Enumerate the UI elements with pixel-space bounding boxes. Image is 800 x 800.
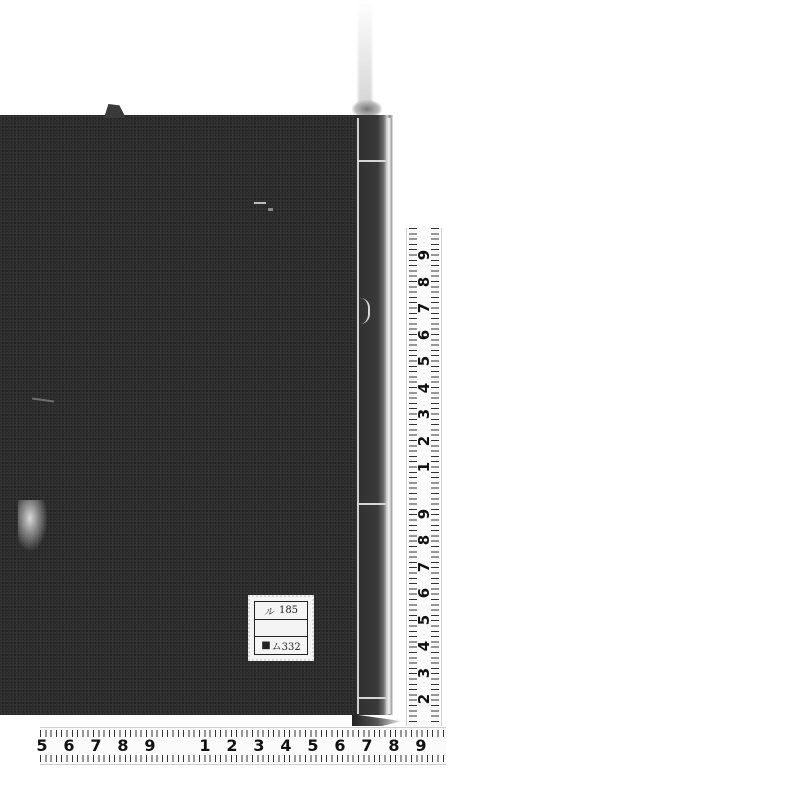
book-scan: ル 185 ■ ム332 98765432198765432 567891234… — [0, 0, 800, 800]
worn-spot — [18, 500, 48, 552]
ruler-number: 9 — [416, 247, 432, 263]
ruler-number: 8 — [416, 532, 432, 548]
label-mark: ル — [264, 603, 274, 618]
ruler-number: 8 — [416, 274, 432, 290]
ruler-number: 5 — [34, 737, 50, 755]
ruler-ticks — [40, 755, 446, 762]
cover-scratch — [268, 208, 273, 211]
cover-scratch — [254, 202, 266, 204]
horizontal-ruler: 56789123456789 — [40, 727, 446, 765]
binding-stitch — [357, 503, 387, 505]
ruler-number: 5 — [416, 353, 432, 369]
ruler-number: 4 — [416, 380, 432, 396]
ruler-number: 7 — [88, 737, 104, 755]
book-shadow — [352, 714, 402, 726]
label-row-accession: ■ ム332 — [255, 637, 307, 654]
cover-tear — [104, 104, 126, 118]
ruler-number: 6 — [416, 585, 432, 601]
ruler-number: 8 — [386, 737, 402, 755]
ruler-number: 5 — [305, 737, 321, 755]
ruler-number: 2 — [416, 433, 432, 449]
label-frame: ル 185 ■ ム332 — [254, 601, 308, 655]
ruler-number: 6 — [61, 737, 77, 755]
binding-thread — [357, 118, 359, 714]
ruler-number: 1 — [197, 737, 213, 755]
label-stamp: ■ — [261, 640, 270, 651]
vertical-ruler: 98765432198765432 — [406, 228, 442, 726]
ruler-number: 6 — [416, 327, 432, 343]
binding-stitch — [357, 697, 387, 699]
ruler-number: 4 — [416, 638, 432, 654]
page-edges — [386, 118, 392, 714]
ruler-number: 7 — [416, 559, 432, 575]
ruler-number: 3 — [251, 737, 267, 755]
label-text: 185 — [279, 605, 298, 616]
ruler-number: 6 — [332, 737, 348, 755]
library-label: ル 185 ■ ム332 — [248, 595, 314, 661]
ruler-number: 9 — [416, 506, 432, 522]
ruler-number: 2 — [224, 737, 240, 755]
ruler-number: 7 — [416, 300, 432, 316]
ruler-number: 9 — [413, 737, 429, 755]
label-row-blank — [255, 620, 307, 638]
label-text: ム332 — [272, 638, 301, 653]
ruler-number: 3 — [416, 665, 432, 681]
ruler-number: 7 — [359, 737, 375, 755]
label-row-call-number: ル 185 — [255, 602, 307, 620]
ruler-number: 9 — [142, 737, 158, 755]
ruler-number: 5 — [416, 612, 432, 628]
binding-stitch — [357, 160, 387, 162]
ruler-number: 4 — [278, 737, 294, 755]
ruler-number: 8 — [115, 737, 131, 755]
ruler-number: 3 — [416, 406, 432, 422]
ruler-number: 2 — [416, 691, 432, 707]
ruler-number: 1 — [416, 459, 432, 475]
